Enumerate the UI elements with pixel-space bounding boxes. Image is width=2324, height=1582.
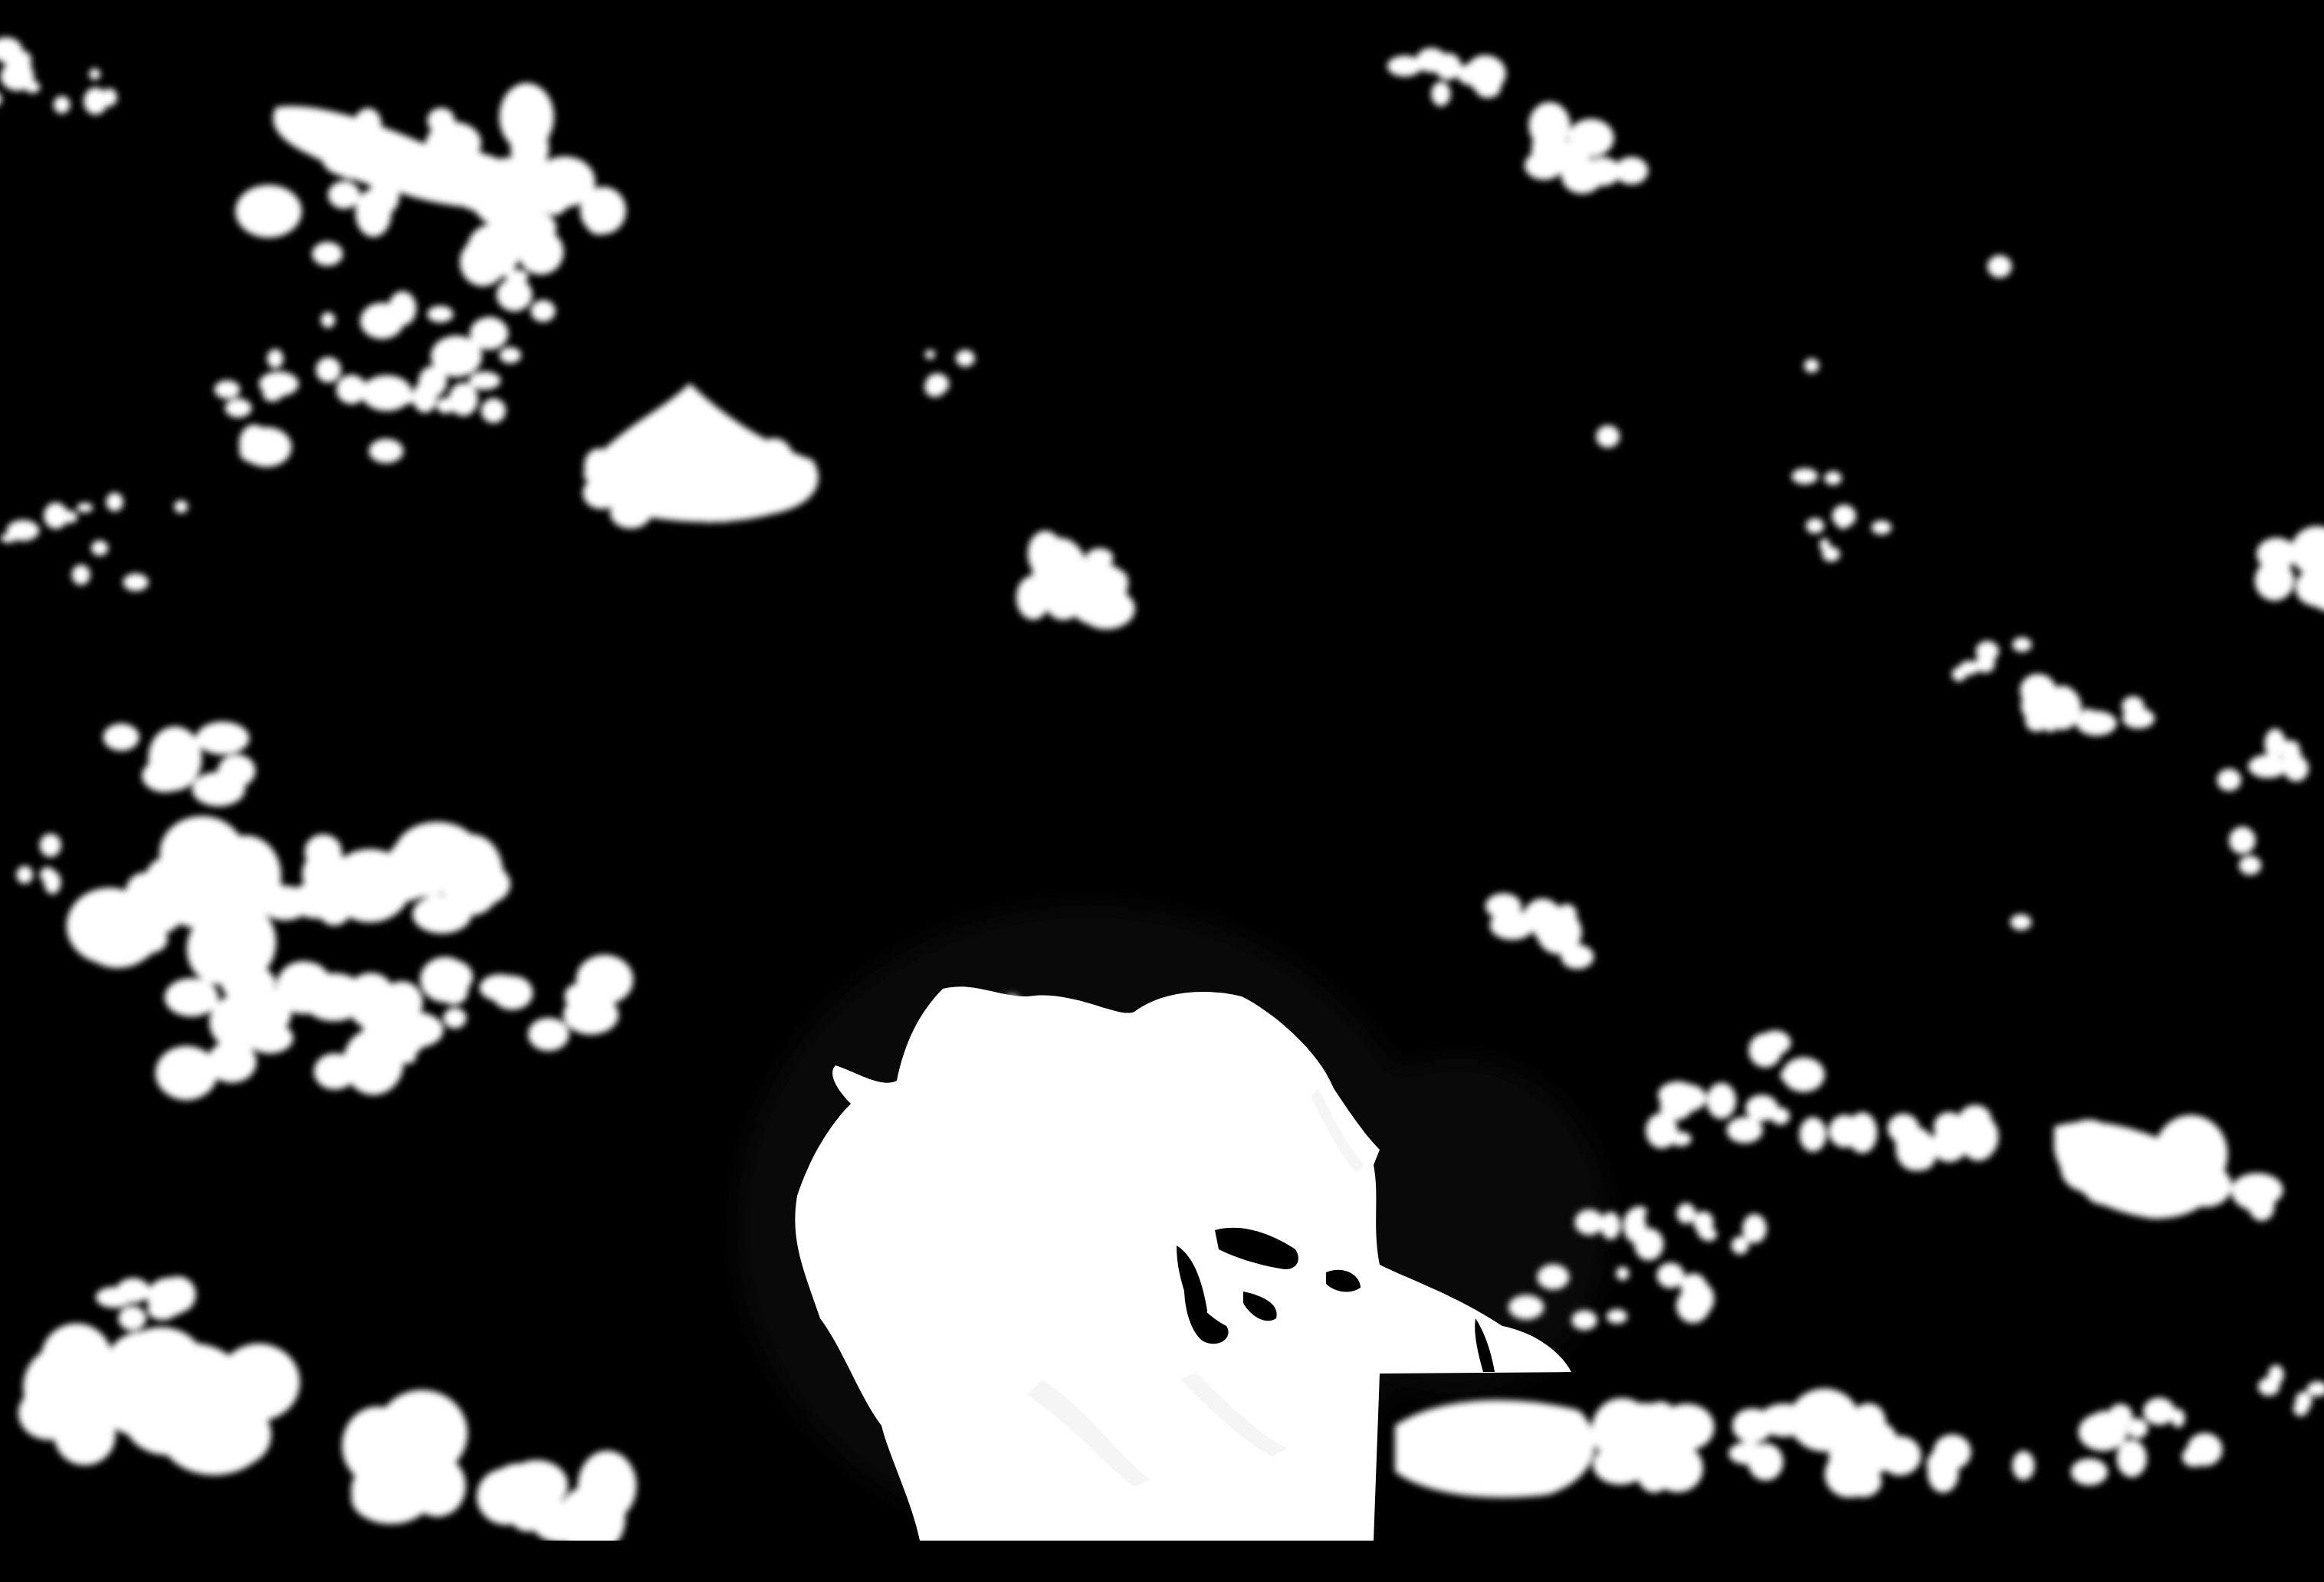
cloud-mask-canvas [0, 0, 2324, 1582]
cloud-mask-image [0, 0, 2324, 1582]
